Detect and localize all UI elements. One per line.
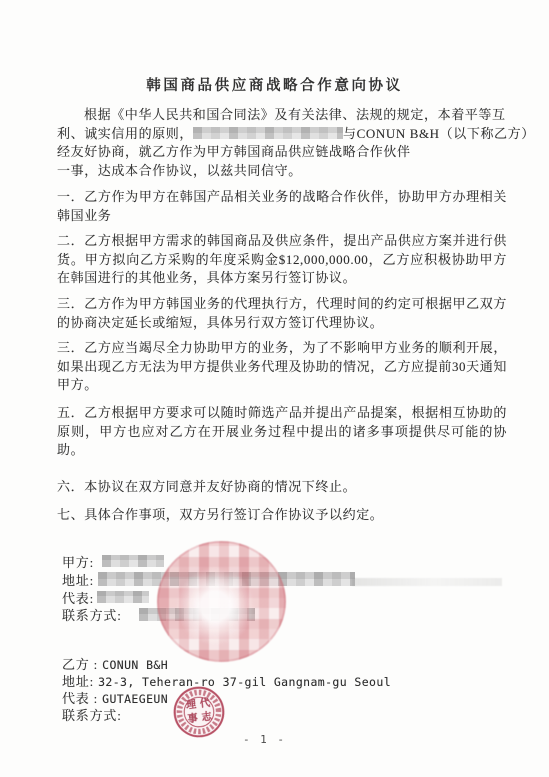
seal-center-text: 理 代 事 志 xyxy=(183,696,214,727)
seal-char-3: 事 xyxy=(187,714,198,725)
clause-5: 五．乙方根据甲方要求可以随时筛选产品并提出产品提案，根据相互协助的原则，甲方也应… xyxy=(57,404,507,460)
preamble-line-3: 经友好协商，就乙方作为甲方韩国商品供应链战略合作伙伴 xyxy=(57,143,507,162)
page-number: - 1 - xyxy=(0,733,539,746)
redaction-block-party-a-rep xyxy=(97,591,149,603)
preamble-paragraph: 根据《中华人民共和国合同法》及有关法律、法规的规定，本着平等互 利、诚实信用的原… xyxy=(57,106,507,180)
preamble-line-2-text: 利、诚实信用的原则， xyxy=(57,126,193,141)
party-b-rep: GUTAEGEUN xyxy=(102,692,168,706)
party-b-address: 32-3, Teheran-ro 37-gil Gangnam-gu Seoul xyxy=(98,675,391,689)
clause-3: 三．乙方作为甲方韩国业务的代理执行方，代理时间的约定可根据甲乙双方的协商决定延长… xyxy=(57,295,507,332)
redaction-block-party-a-name-inline xyxy=(193,127,343,139)
party-a-company-seal-stamp xyxy=(157,541,286,662)
seal-char-2: 代 xyxy=(200,699,211,710)
clause-7: 七、具体合作事项，双方另行签订合作协议予以约定。 xyxy=(57,506,507,525)
document-title: 韩国商品供应商战略合作意向协议 xyxy=(0,74,549,95)
clause-6: 六．本协议在双方同意并友好协商的情况下终止。 xyxy=(57,478,507,497)
scanned-agreement-page: 韩国商品供应商战略合作意向协议 根据《中华人民共和国合同法》及有关法律、法规的规… xyxy=(0,0,549,777)
scan-smudge xyxy=(352,578,502,586)
preamble-line-2: 利、诚实信用的原则，与CONUN B&H（以下称乙方） xyxy=(57,125,507,144)
preamble-line-4: 一事，达成本合作协议，以兹共同信守。 xyxy=(57,162,507,181)
seal-char-4: 志 xyxy=(201,713,212,724)
clause-1: 一．乙方作为甲方在韩国产品相关业务的战略合作伙伴，协助甲方办理相关韩国业务 xyxy=(57,188,507,225)
party-b-contact-label: 联系方式: xyxy=(62,705,122,724)
party-a-address-label: 地址: xyxy=(62,570,94,589)
party-a-contact-label: 联系方式: xyxy=(62,605,122,624)
party-a-name-label: 甲方: xyxy=(62,552,94,571)
preamble-line-2-text-after: 与CONUN B&H（以下称乙方） xyxy=(343,126,535,141)
party-b-address-label: 地址: xyxy=(62,674,94,689)
party-b-name-label: 乙方 : xyxy=(62,657,98,672)
party-b-name: CONUN B&H xyxy=(102,658,168,672)
seal-char-1: 理 xyxy=(186,700,197,711)
redaction-block-party-a-name xyxy=(102,555,164,567)
party-b-rep-label: 代表 : xyxy=(62,691,98,706)
clause-2: 二．乙方根据甲方需求的韩国商品及供应条件，提出产品供应方案并进行供货。甲方拟向乙… xyxy=(57,232,507,288)
clause-4: 三．乙方应当竭尽全力协助甲方的业务，为了不影响甲方业务的顺利开展，如果出现乙方无… xyxy=(57,339,507,395)
preamble-line-1: 根据《中华人民共和国合同法》及有关法律、法规的规定，本着平等互 xyxy=(57,106,507,125)
